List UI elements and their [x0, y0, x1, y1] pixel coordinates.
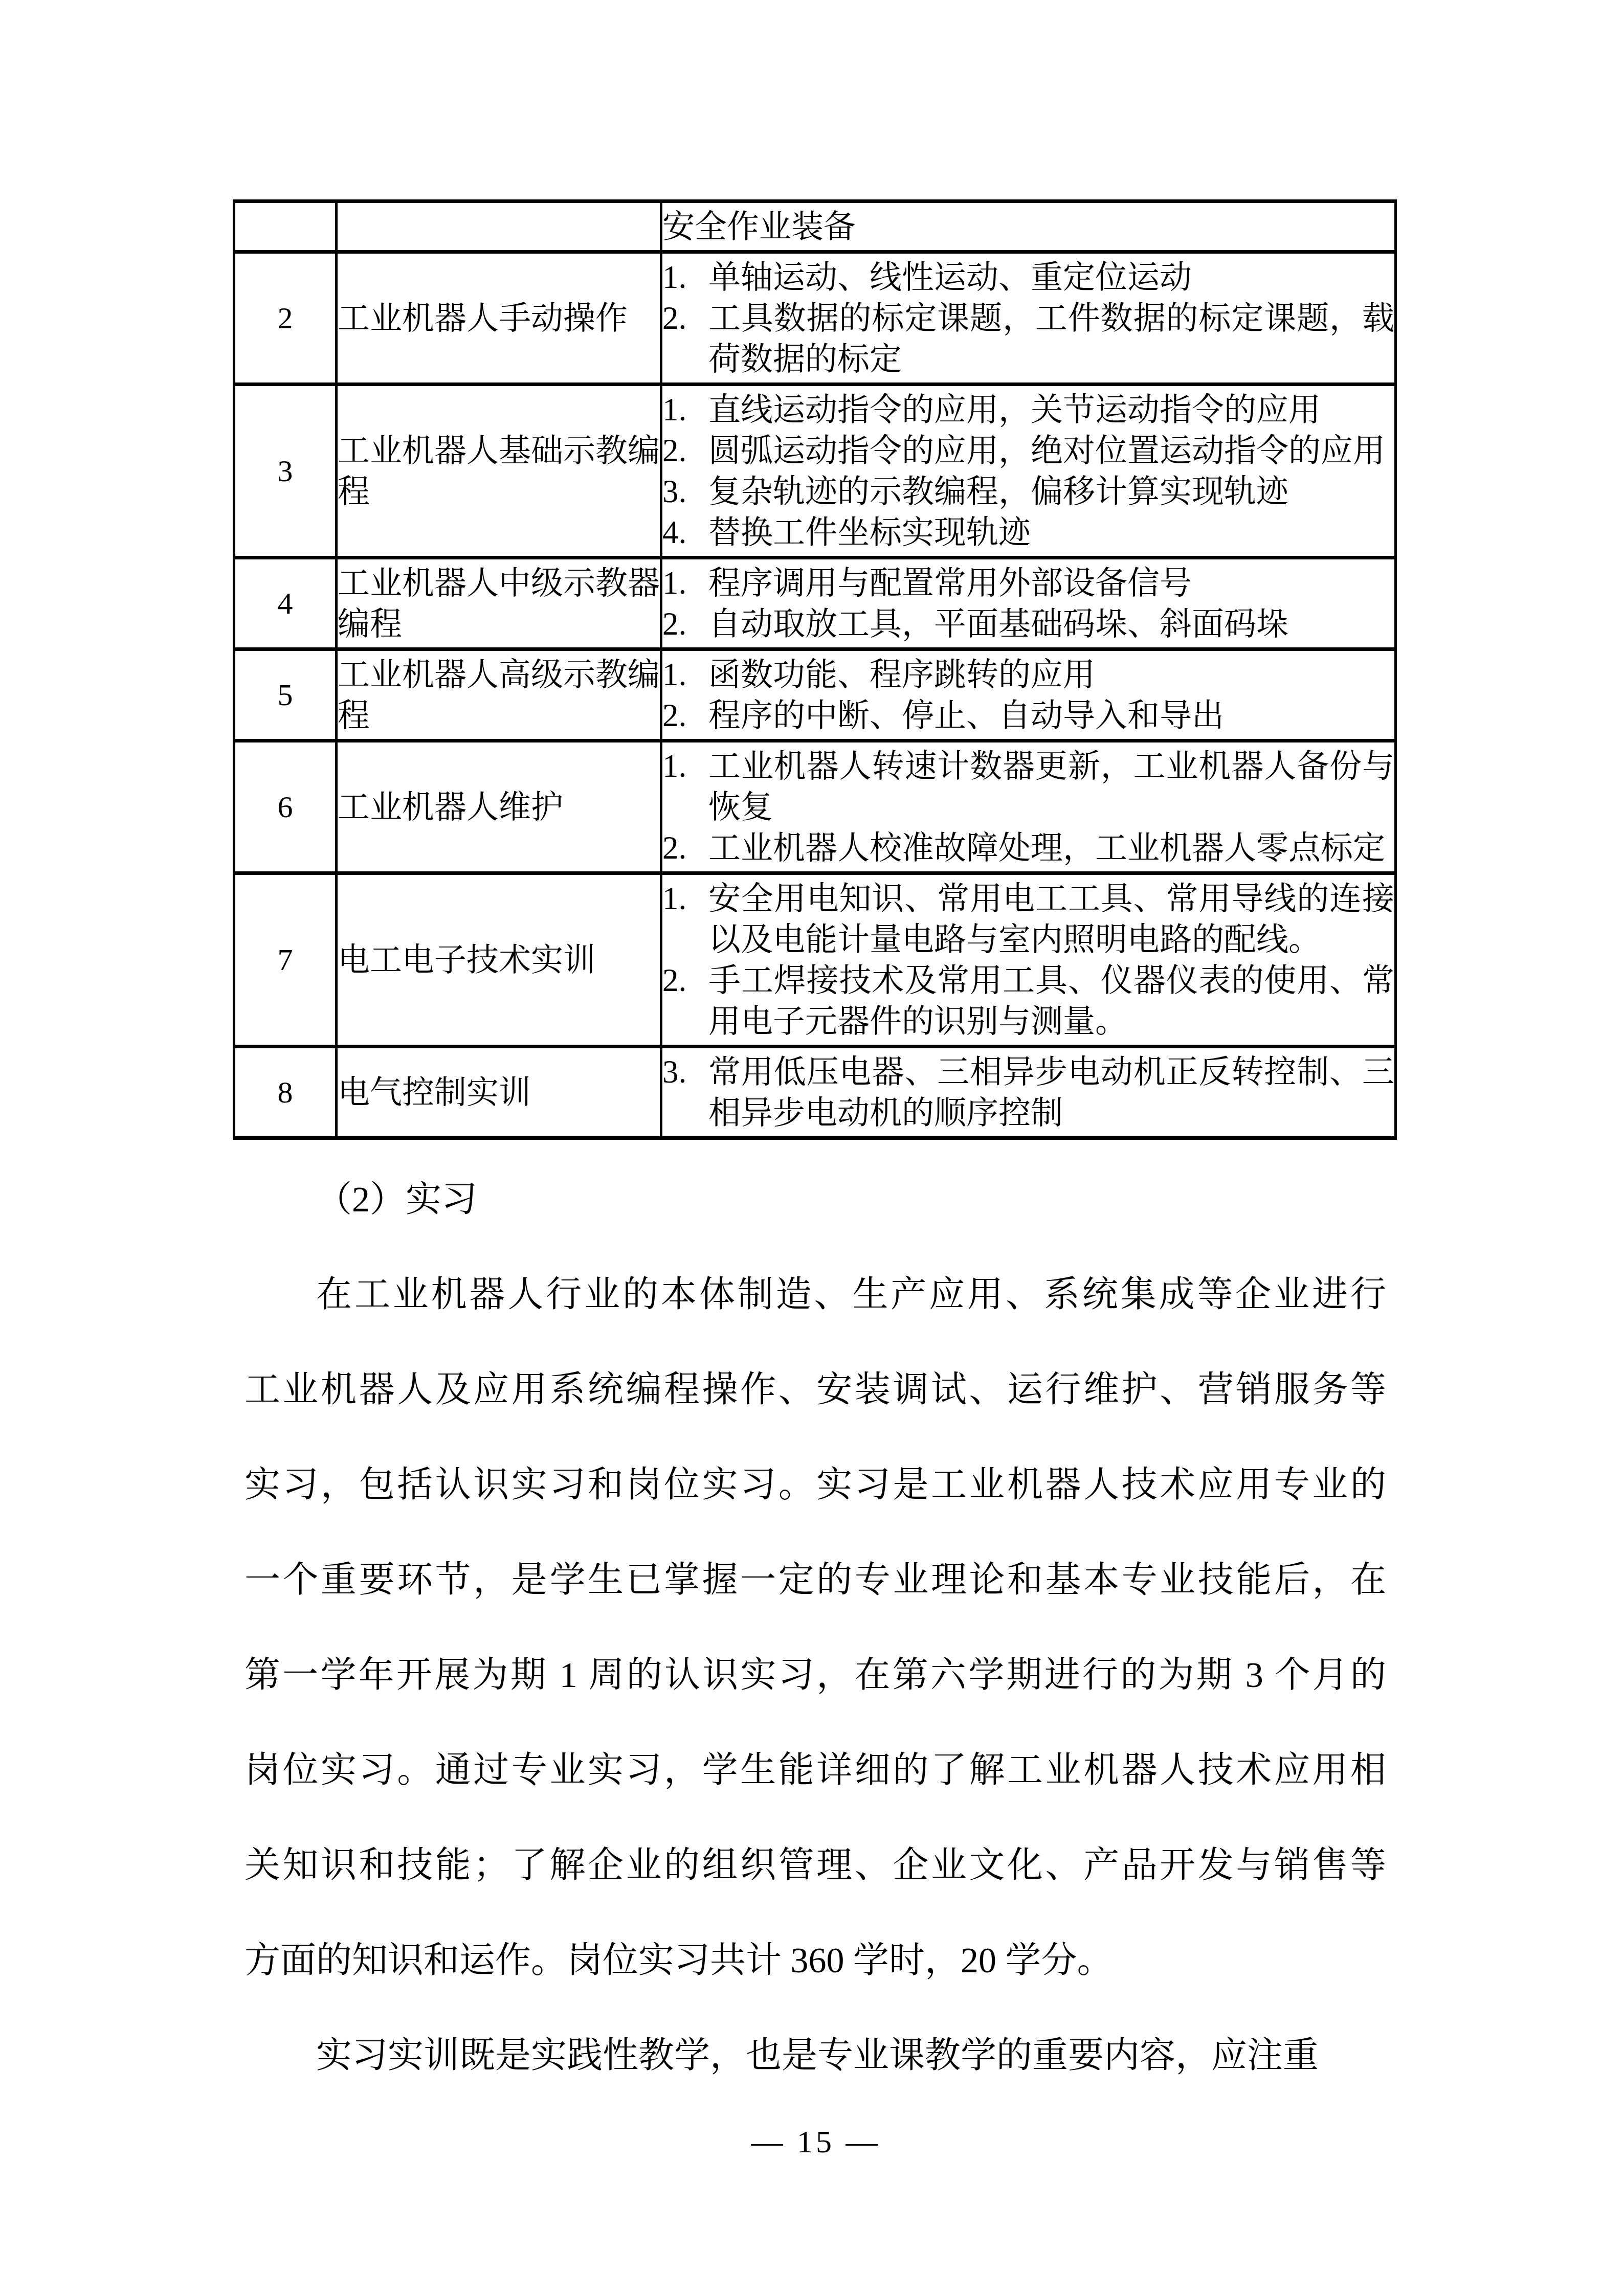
list-item: 2.工具数据的标定课题，工件数据的标定课题，载荷数据的标定 [662, 298, 1394, 379]
content-cell: 安全作业装备 [661, 201, 1396, 252]
item-marker: 2. [662, 603, 708, 644]
row-number-cell: 3 [234, 385, 337, 558]
row-number-cell: 5 [234, 649, 337, 741]
list-item: 1.工业机器人转速计数器更新，工业机器人备份与恢复 [662, 746, 1394, 827]
list-item: 4.替换工件坐标实现轨迹 [662, 512, 1394, 553]
list-item: 1.程序调用与配置常用外部设备信号 [662, 562, 1394, 603]
row-number-cell: 8 [234, 1047, 337, 1138]
body-text: （2）实习 在工业机器人行业的本体制造、生产应用、系统集成等企业进行工业机器人及… [244, 1153, 1386, 2104]
text-line: 实习，包括认识实习和岗位实习。实习是工业机器人技术应用专业的 [244, 1438, 1386, 1533]
course-name-cell: 电气控制实训 [337, 1047, 661, 1138]
content-cell: 3.常用低压电器、三相异步电动机正反转控制、三相异步电动机的顺序控制 [661, 1047, 1396, 1138]
document-page: 安全作业装备2工业机器人手动操作1.单轴运动、线性运动、重定位运动2.工具数据的… [0, 0, 1624, 2296]
content-cell: 1.安全用电知识、常用电工工具、常用导线的连接以及电能计量电路与室内照明电路的配… [661, 873, 1396, 1047]
item-text: 工业机器人校准故障处理，工业机器人零点标定 [708, 827, 1394, 868]
paragraph-2: 实习实训既是实践性教学，也是专业课教学的重要内容，应注重 [244, 2009, 1386, 2104]
table-row: 5工业机器人高级示教编程1.函数功能、程序跳转的应用2.程序的中断、停止、自动导… [234, 649, 1396, 741]
item-marker: 1. [662, 654, 708, 695]
page-number: — 15 — [233, 2117, 1399, 2168]
list-item: 1.直线运动指令的应用，关节运动指令的应用 [662, 389, 1394, 430]
item-text: 安全作业装备 [662, 206, 1394, 247]
list-item: 安全作业装备 [662, 206, 1394, 247]
content-cell: 1.程序调用与配置常用外部设备信号2.自动取放工具，平面基础码垛、斜面码垛 [661, 558, 1396, 649]
item-text: 工具数据的标定课题，工件数据的标定课题，载荷数据的标定 [708, 298, 1394, 379]
item-text: 工业机器人转速计数器更新，工业机器人备份与恢复 [708, 746, 1394, 827]
list-item: 1.安全用电知识、常用电工工具、常用导线的连接以及电能计量电路与室内照明电路的配… [662, 878, 1394, 960]
item-marker: 2. [662, 695, 708, 736]
item-text: 圆弧运动指令的应用，绝对位置运动指令的应用 [708, 430, 1394, 471]
item-marker: 4. [662, 512, 708, 553]
table-row: 3工业机器人基础示教编程1.直线运动指令的应用，关节运动指令的应用2.圆弧运动指… [234, 385, 1396, 558]
table-row: 7电工电子技术实训1.安全用电知识、常用电工工具、常用导线的连接以及电能计量电路… [234, 873, 1396, 1047]
list-item: 3.复杂轨迹的示教编程，偏移计算实现轨迹 [662, 471, 1394, 512]
item-text: 单轴运动、线性运动、重定位运动 [708, 257, 1394, 298]
item-text: 自动取放工具，平面基础码垛、斜面码垛 [708, 603, 1394, 644]
list-item: 2.工业机器人校准故障处理，工业机器人零点标定 [662, 827, 1394, 868]
course-name-cell: 工业机器人维护 [337, 741, 661, 873]
list-item: 2.程序的中断、停止、自动导入和导出 [662, 695, 1394, 736]
course-name-cell: 工业机器人中级示教器编程 [337, 558, 661, 649]
table-row: 2工业机器人手动操作1.单轴运动、线性运动、重定位运动2.工具数据的标定课题，工… [234, 252, 1396, 385]
item-marker: 1. [662, 389, 708, 430]
list-item: 2.自动取放工具，平面基础码垛、斜面码垛 [662, 603, 1394, 644]
list-item: 2.圆弧运动指令的应用，绝对位置运动指令的应用 [662, 430, 1394, 471]
list-item: 2.手工焊接技术及常用工具、仪器仪表的使用、常用电子元器件的识别与测量。 [662, 960, 1394, 1042]
item-marker: 3. [662, 471, 708, 512]
row-number-cell: 6 [234, 741, 337, 873]
list-item: 3.常用低压电器、三相异步电动机正反转控制、三相异步电动机的顺序控制 [662, 1051, 1394, 1133]
table-row: 安全作业装备 [234, 201, 1396, 252]
item-marker: 2. [662, 960, 708, 1042]
item-text: 复杂轨迹的示教编程，偏移计算实现轨迹 [708, 471, 1394, 512]
row-number-cell: 4 [234, 558, 337, 649]
item-text: 常用低压电器、三相异步电动机正反转控制、三相异步电动机的顺序控制 [708, 1051, 1394, 1133]
section-heading: （2）实习 [244, 1153, 1386, 1248]
item-text: 直线运动指令的应用，关节运动指令的应用 [708, 389, 1394, 430]
item-text: 安全用电知识、常用电工工具、常用导线的连接以及电能计量电路与室内照明电路的配线。 [708, 878, 1394, 960]
item-marker: 3. [662, 1051, 708, 1133]
text-line: 岗位实习。通过专业实习，学生能详细的了解工业机器人技术应用相 [244, 1723, 1386, 1818]
list-item: 1.函数功能、程序跳转的应用 [662, 654, 1394, 695]
item-marker: 1. [662, 878, 708, 960]
item-marker: 2. [662, 298, 708, 379]
item-marker: 2. [662, 827, 708, 868]
content-cell: 1.直线运动指令的应用，关节运动指令的应用2.圆弧运动指令的应用，绝对位置运动指… [661, 385, 1396, 558]
text-line: 第一学年开展为期 1 周的认识实习，在第六学期进行的为期 3 个月的 [244, 1628, 1386, 1723]
text-line: 方面的知识和运作。岗位实习共计 360 学时，20 学分。 [244, 1914, 1386, 2009]
content-cell: 1.函数功能、程序跳转的应用2.程序的中断、停止、自动导入和导出 [661, 649, 1396, 741]
content-cell: 1.工业机器人转速计数器更新，工业机器人备份与恢复2.工业机器人校准故障处理，工… [661, 741, 1396, 873]
course-name-cell: 工业机器人高级示教编程 [337, 649, 661, 741]
row-number-cell: 2 [234, 252, 337, 385]
course-name-cell [337, 201, 661, 252]
item-text: 程序调用与配置常用外部设备信号 [708, 562, 1394, 603]
item-text: 程序的中断、停止、自动导入和导出 [708, 695, 1394, 736]
item-marker: 1. [662, 746, 708, 827]
row-number-cell: 7 [234, 873, 337, 1047]
item-marker: 1. [662, 257, 708, 298]
text-line: 一个重要环节，是学生已掌握一定的专业理论和基本专业技能后，在 [244, 1533, 1386, 1628]
item-text: 函数功能、程序跳转的应用 [708, 654, 1394, 695]
item-text: 手工焊接技术及常用工具、仪器仪表的使用、常用电子元器件的识别与测量。 [708, 960, 1394, 1042]
course-name-cell: 电工电子技术实训 [337, 873, 661, 1047]
row-number-cell [234, 201, 337, 252]
text-line: 在工业机器人行业的本体制造、生产应用、系统集成等企业进行 [244, 1248, 1386, 1343]
item-marker: 1. [662, 562, 708, 603]
item-marker: 2. [662, 430, 708, 471]
training-table-body: 安全作业装备2工业机器人手动操作1.单轴运动、线性运动、重定位运动2.工具数据的… [234, 201, 1396, 1138]
paragraph-1: 在工业机器人行业的本体制造、生产应用、系统集成等企业进行工业机器人及应用系统编程… [244, 1248, 1386, 2009]
item-text: 替换工件坐标实现轨迹 [708, 512, 1394, 553]
content-cell: 1.单轴运动、线性运动、重定位运动2.工具数据的标定课题，工件数据的标定课题，载… [661, 252, 1396, 385]
text-line: 关知识和技能；了解企业的组织管理、企业文化、产品开发与销售等 [244, 1818, 1386, 1914]
text-line: 工业机器人及应用系统编程操作、安装调试、运行维护、营销服务等 [244, 1343, 1386, 1438]
table-row: 4工业机器人中级示教器编程1.程序调用与配置常用外部设备信号2.自动取放工具，平… [234, 558, 1396, 649]
training-course-table: 安全作业装备2工业机器人手动操作1.单轴运动、线性运动、重定位运动2.工具数据的… [233, 199, 1397, 1140]
course-name-cell: 工业机器人基础示教编程 [337, 385, 661, 558]
table-row: 8电气控制实训3.常用低压电器、三相异步电动机正反转控制、三相异步电动机的顺序控… [234, 1047, 1396, 1138]
course-name-cell: 工业机器人手动操作 [337, 252, 661, 385]
list-item: 1.单轴运动、线性运动、重定位运动 [662, 257, 1394, 298]
table-row: 6工业机器人维护1.工业机器人转速计数器更新，工业机器人备份与恢复2.工业机器人… [234, 741, 1396, 873]
